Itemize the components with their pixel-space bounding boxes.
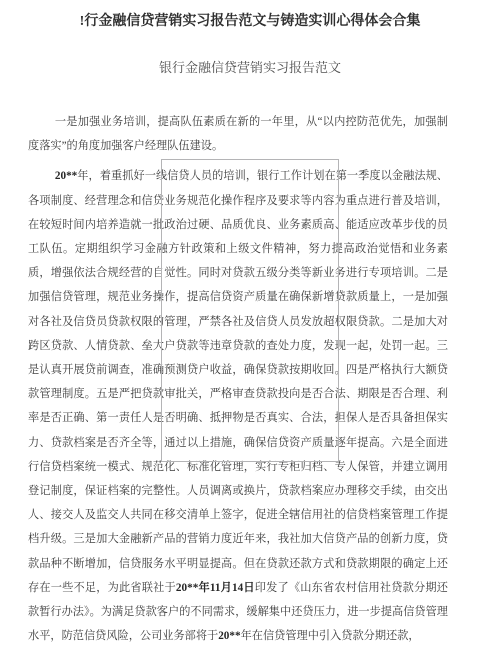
document-subtitle: 银行金融信贷营销实习报告范文 (0, 59, 500, 77)
bold-text-run: 20** (55, 170, 77, 182)
document-title: !行金融信贷营销实习报告范文与铸造实训心得体会合集 (0, 0, 500, 32)
document-body: 一是加强业务培训，提高队伍素质在新的一年里，从“以内控防范优先，加强制度落实”的… (28, 110, 448, 648)
text-run: 年，着重抓好一线信贷人员的培训，银行工作计划在第一季度以金融法规、各项制度、经营… (28, 170, 448, 593)
text-run: 年在信贷管理中引入贷款分期还款， (241, 630, 420, 642)
paragraph: 一是加强业务培训，提高队伍素质在新的一年里，从“以内控防范优先，加强制度落实”的… (28, 110, 448, 158)
text-run: 一是加强业务培训，提高队伍素质在新的一年里，从“以内控防范优先，加强制度落实”的… (28, 116, 448, 152)
bold-text-run: 20** (218, 630, 240, 642)
paragraph: 20**年，着重抓好一线信贷人员的培训，银行工作计划在第一季度以金融法规、各项制… (28, 164, 448, 648)
bold-text-run: 20**年11月14日 (176, 582, 255, 594)
document-page: !行金融信贷营销实习报告范文与铸造实训心得体会合集 银行金融信贷营销实习报告范文… (0, 0, 500, 666)
